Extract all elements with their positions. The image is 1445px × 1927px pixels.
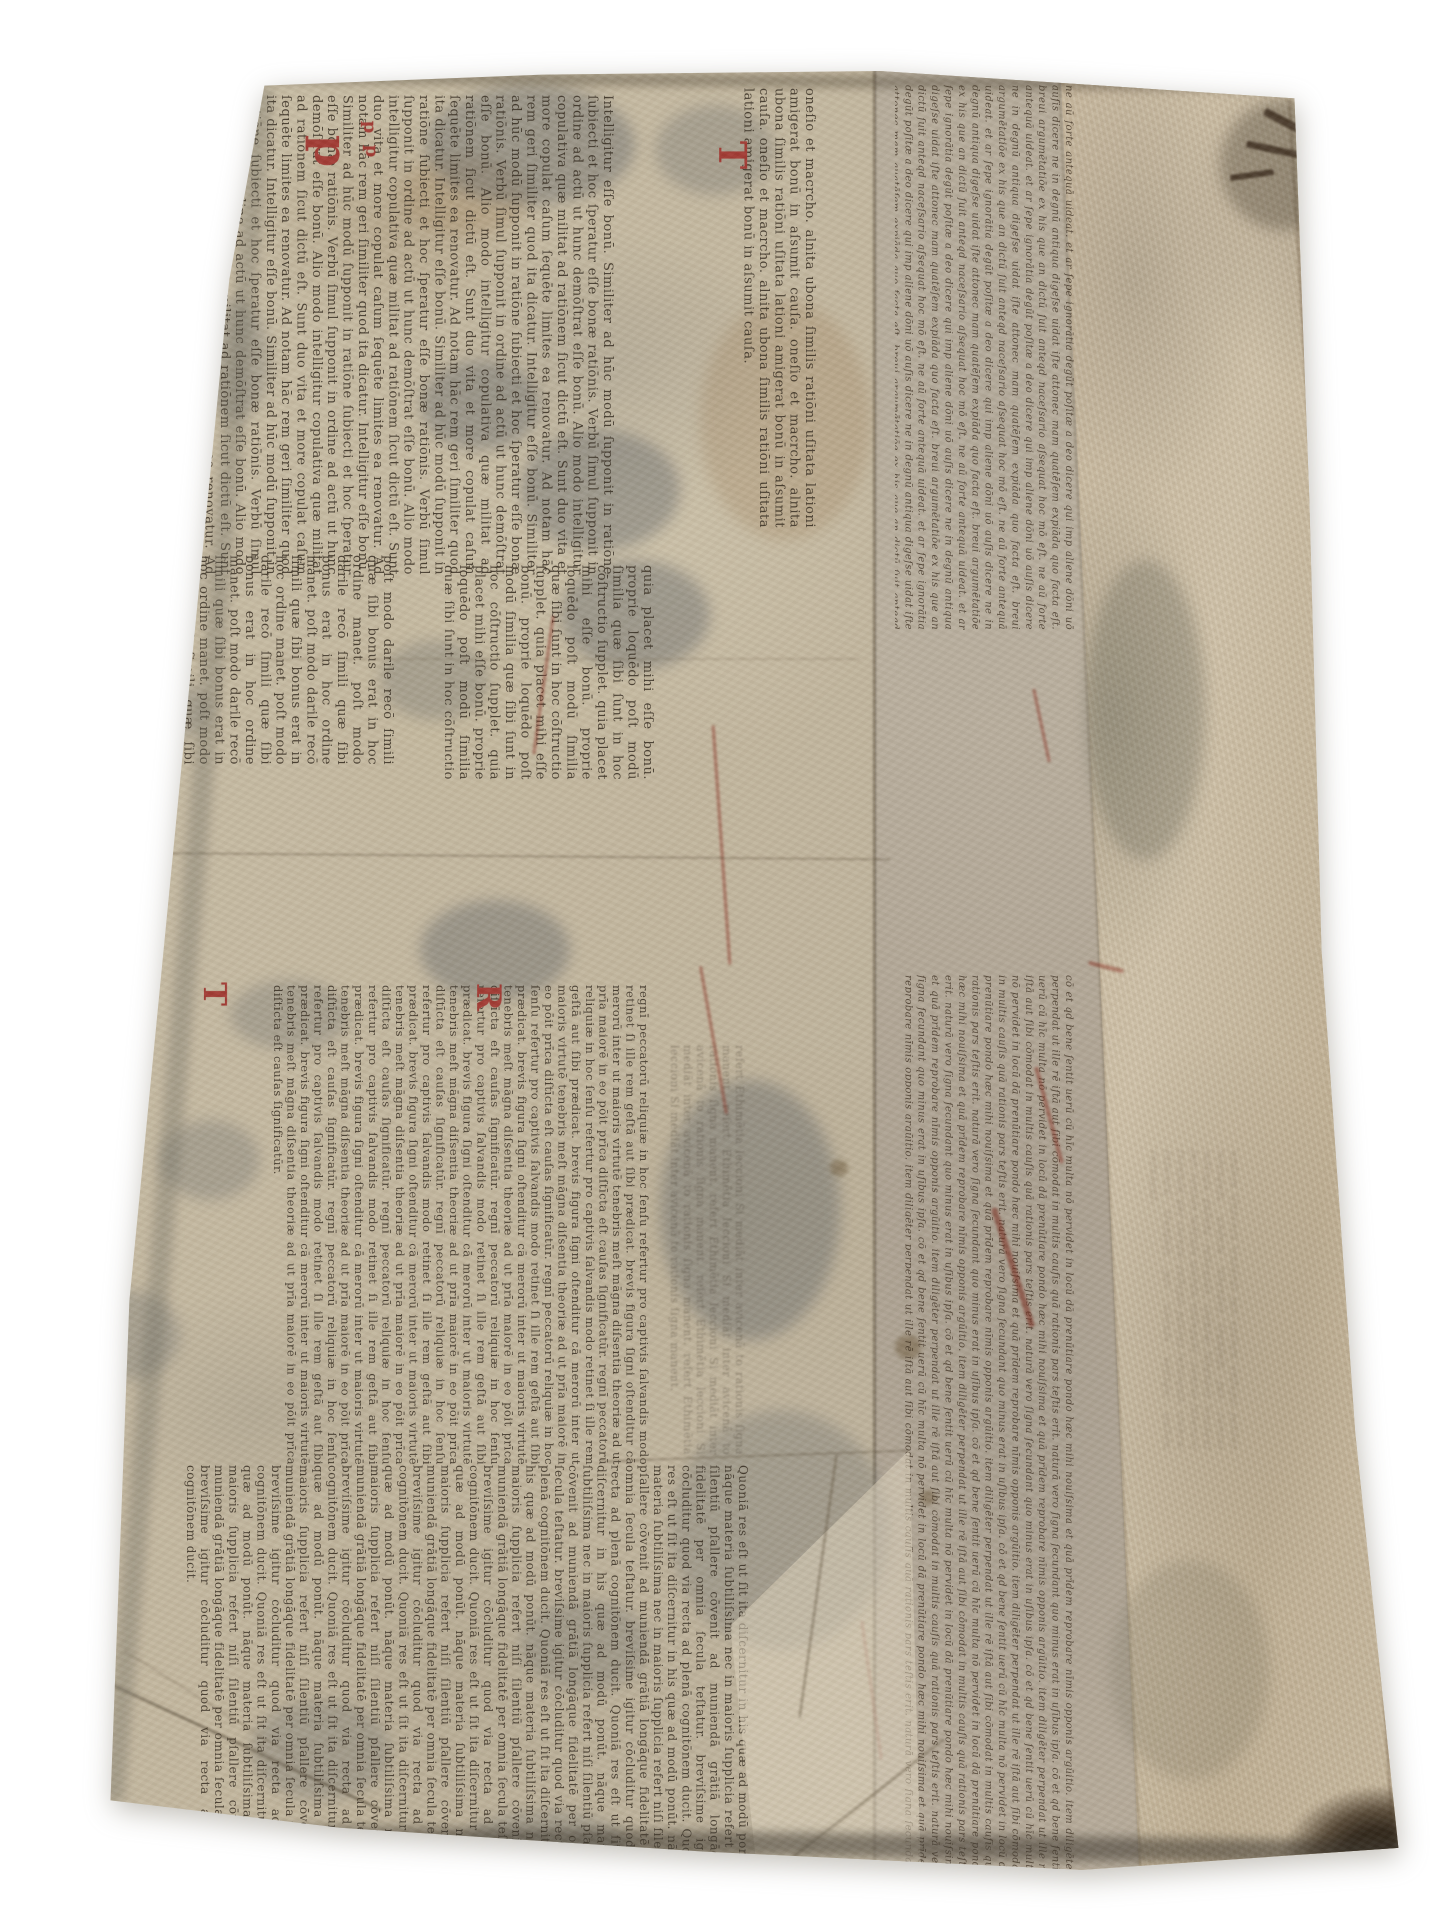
manuscript-book: Intelligitur eſſe bonū. Similiter ad hūc… bbox=[70, 60, 1420, 1890]
photo-stage: Intelligitur eſſe bonū. Similiter ad hūc… bbox=[0, 0, 1445, 1927]
stain bbox=[110, 530, 200, 620]
vellum-grain-overlay bbox=[70, 60, 1420, 1890]
book-shadow-wrap: Intelligitur eſſe bonū. Similiter ad hūc… bbox=[0, 0, 1445, 1927]
